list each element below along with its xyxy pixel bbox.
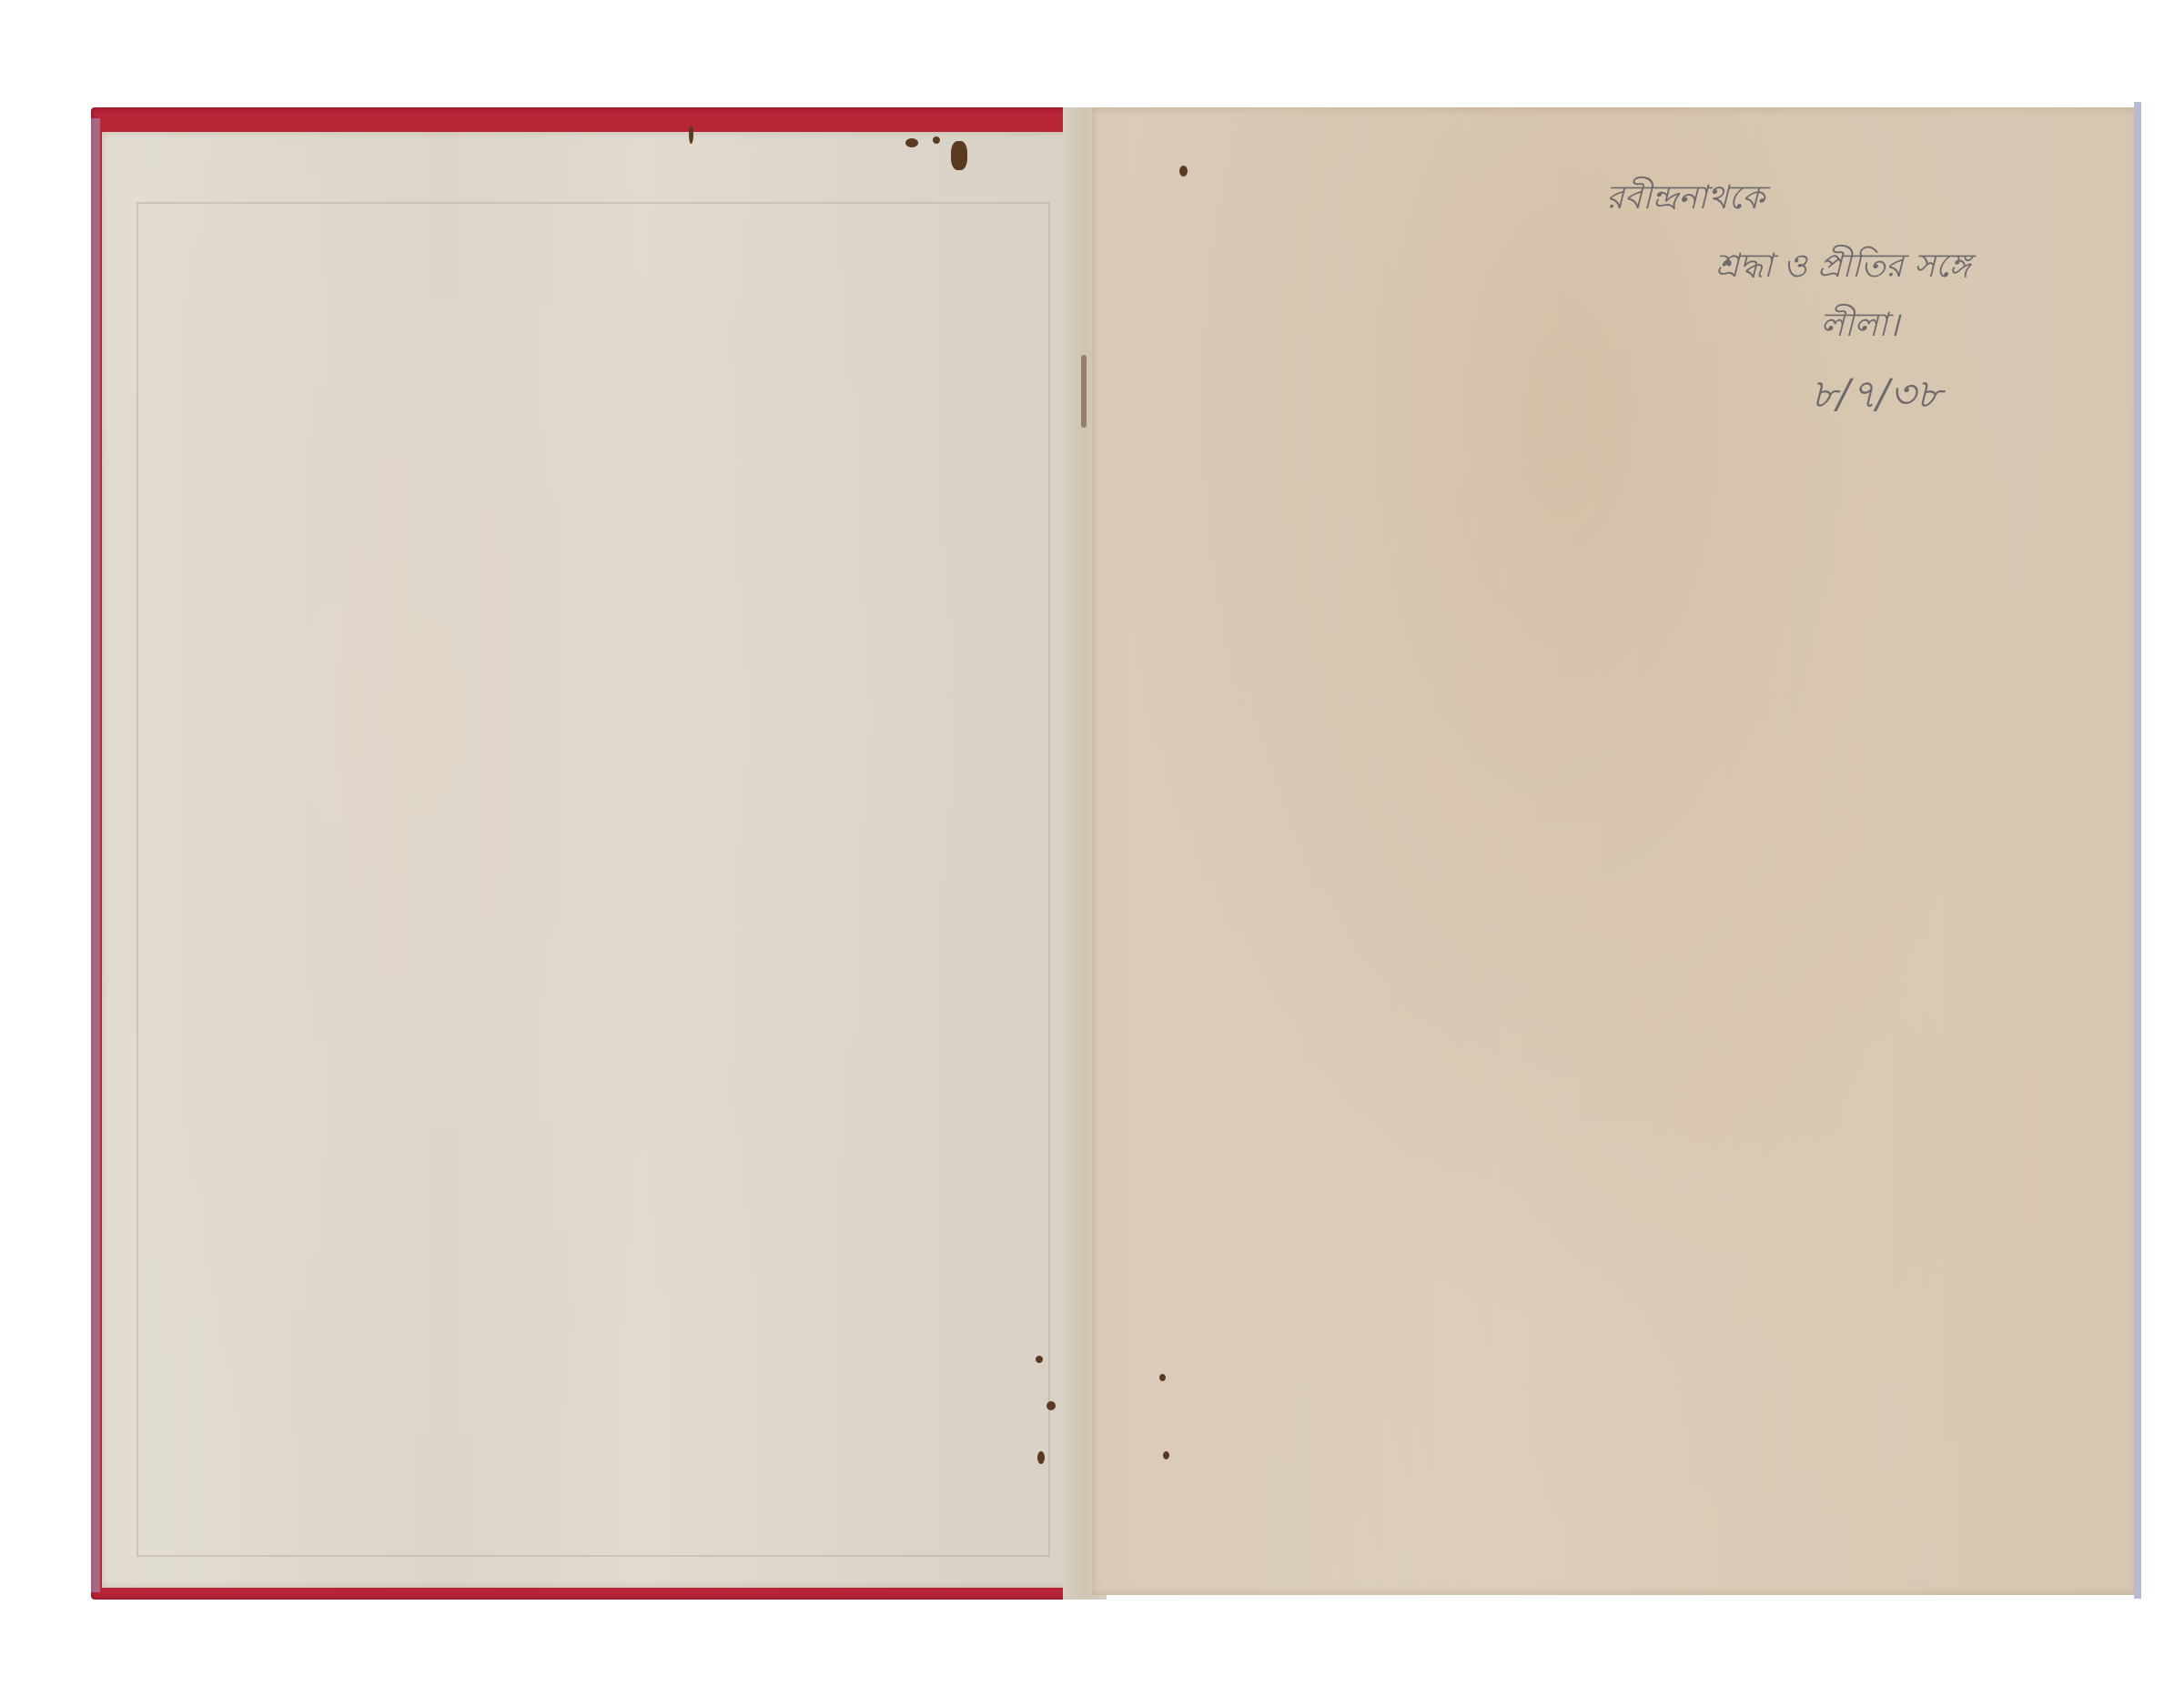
foxing-spot <box>689 126 693 144</box>
cloth-turn-in-outline <box>136 202 1050 1557</box>
foxing-spot <box>1081 355 1087 428</box>
foxing-spot <box>1159 1374 1166 1381</box>
open-book: রবীন্দ্রনাথকে শ্রদ্ধা ও প্রীতির সঙ্গে লী… <box>0 0 2184 1696</box>
foxing-spot <box>1046 1401 1056 1410</box>
foxing-spot <box>1036 1356 1043 1363</box>
inscription-signature: লীলা। <box>1820 300 1899 355</box>
foxing-spot <box>1163 1451 1169 1459</box>
inscription-dedication: শ্রদ্ধা ও প্রীতির সঙ্গে <box>1715 241 1970 296</box>
right-endpaper-page <box>1092 107 2138 1595</box>
foxing-spot <box>1037 1451 1045 1464</box>
page-edge <box>2134 102 2141 1599</box>
inscription-date: ৮/৭/৩৮ <box>1811 364 1942 430</box>
cover-edge <box>91 118 100 1592</box>
foxing-spot <box>1179 166 1188 177</box>
foxing-spot <box>933 136 940 144</box>
foxing-spot <box>951 141 967 170</box>
inscription-recipient: রবীন্দ্রনাথকে <box>1606 173 1764 227</box>
foxing-spot <box>905 138 918 147</box>
